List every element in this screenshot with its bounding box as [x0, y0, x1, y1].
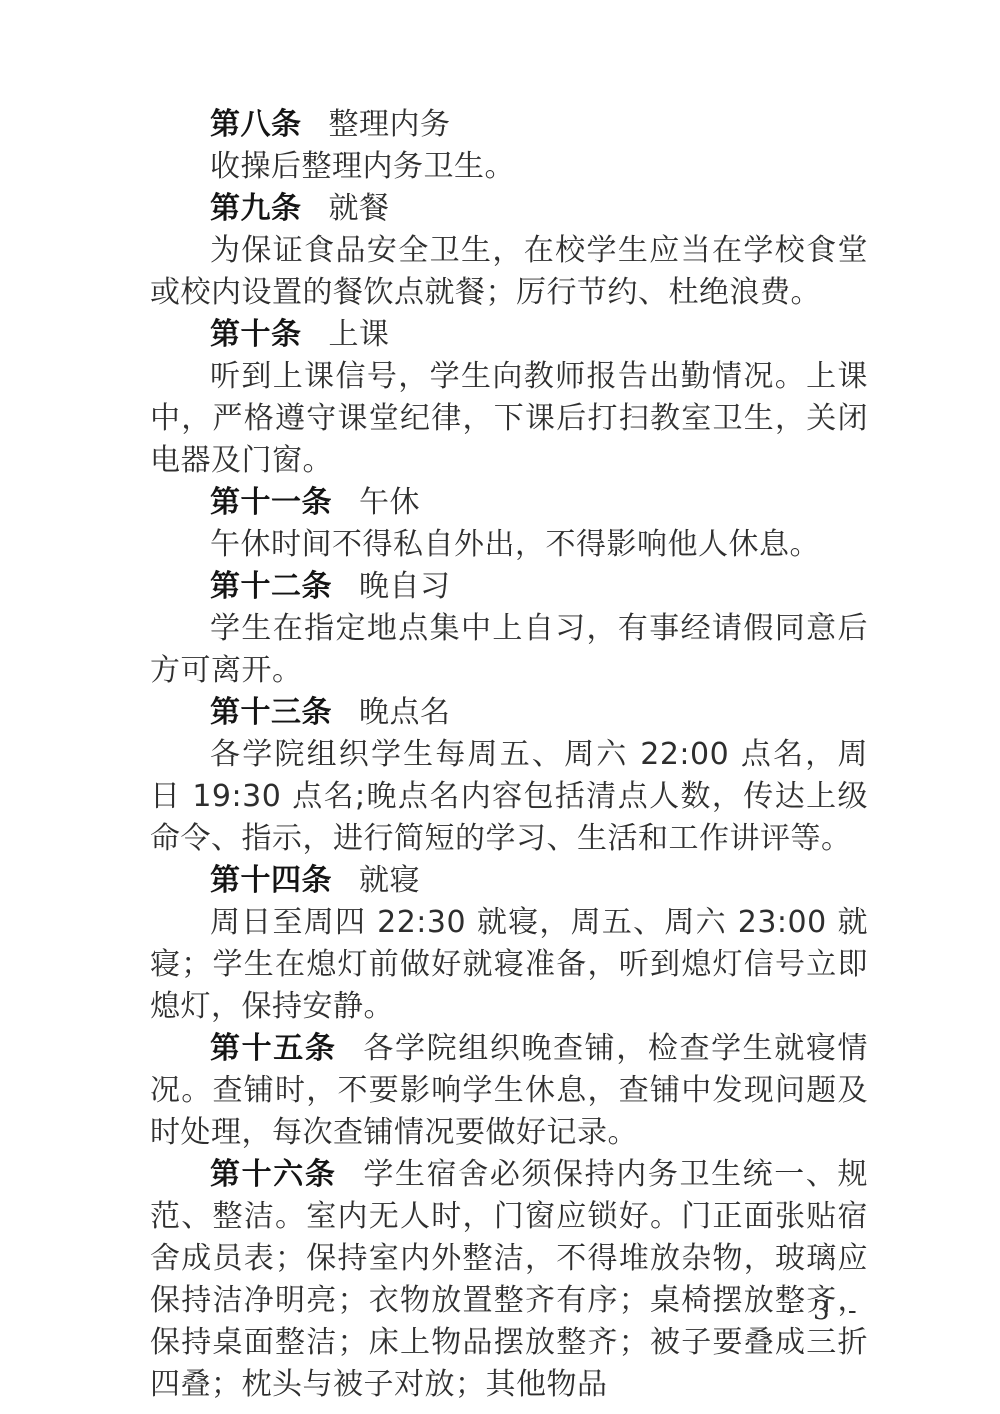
article-title: 午休: [359, 485, 420, 520]
article-number: 第十四条: [210, 863, 332, 898]
article-number: 第十条: [210, 317, 302, 352]
article-text: 学生宿舍必须保持内务卫生统一、规范、整洁。室内无人时，门窗应锁好。门正面张贴宿舍…: [150, 1157, 868, 1402]
article-text: 午休时间不得私自外出，不得影响他人休息。: [210, 527, 820, 562]
article-number: 第十五条: [210, 1031, 336, 1066]
article-text: 周日至周四 22:30 就寝，周五、周六 23:00 就寝；学生在熄灯前做好就寝…: [150, 905, 868, 1024]
article-text: 收操后整理内务卫生。: [210, 149, 515, 184]
article-title: 整理内务: [329, 107, 451, 142]
article-body-paragraph: 各学院组织学生每周五、周六 22:00 点名，周日 19:30 点名;晚点名内容…: [150, 734, 868, 860]
article-heading-paragraph: 第九条就餐: [150, 188, 868, 230]
article-title: 就寝: [359, 863, 420, 898]
article-number: 第十六条: [210, 1157, 336, 1192]
article-number: 第十三条: [210, 695, 332, 730]
article-heading-paragraph: 第十一条午休: [150, 482, 868, 524]
article-number: 第十一条: [210, 485, 332, 520]
article-title: 晚自习: [359, 569, 451, 604]
article-title: 就餐: [329, 191, 390, 226]
article-heading-paragraph: 第八条整理内务: [150, 104, 868, 146]
article-number: 第九条: [210, 191, 302, 226]
article-heading-paragraph: 第十四条就寝: [150, 860, 868, 902]
article-title: 晚点名: [359, 695, 451, 730]
article-runin-paragraph: 第十六条学生宿舍必须保持内务卫生统一、规范、整洁。室内无人时，门窗应锁好。门正面…: [150, 1154, 868, 1406]
article-text: 听到上课信号，学生向教师报告出勤情况。上课中，严格遵守课堂纪律，下课后打扫教室卫…: [150, 359, 868, 478]
article-body-paragraph: 听到上课信号，学生向教师报告出勤情况。上课中，严格遵守课堂纪律，下课后打扫教室卫…: [150, 356, 868, 482]
document-body: 第八条整理内务收操后整理内务卫生。第九条就餐为保证食品安全卫生，在校学生应当在学…: [150, 104, 868, 1406]
article-number: 第十二条: [210, 569, 332, 604]
article-heading-paragraph: 第十条上课: [150, 314, 868, 356]
page-number: - 3 -: [786, 1296, 856, 1326]
article-text: 学生在指定地点集中上自习，有事经请假同意后方可离开。: [150, 611, 868, 688]
document-page: 第八条整理内务收操后整理内务卫生。第九条就餐为保证食品安全卫生，在校学生应当在学…: [0, 0, 1000, 1414]
article-heading-paragraph: 第十二条晚自习: [150, 566, 868, 608]
article-runin-paragraph: 第十五条各学院组织晚查铺，检查学生就寝情况。查铺时，不要影响学生休息，查铺中发现…: [150, 1028, 868, 1154]
article-text: 各学院组织学生每周五、周六 22:00 点名，周日 19:30 点名;晚点名内容…: [150, 737, 868, 856]
article-title: 上课: [329, 317, 390, 352]
article-body-paragraph: 午休时间不得私自外出，不得影响他人休息。: [150, 524, 868, 566]
article-body-paragraph: 收操后整理内务卫生。: [150, 146, 868, 188]
article-body-paragraph: 学生在指定地点集中上自习，有事经请假同意后方可离开。: [150, 608, 868, 692]
article-text: 为保证食品安全卫生，在校学生应当在学校食堂或校内设置的餐饮点就餐；厉行节约、杜绝…: [150, 233, 868, 310]
article-body-paragraph: 周日至周四 22:30 就寝，周五、周六 23:00 就寝；学生在熄灯前做好就寝…: [150, 902, 868, 1028]
article-number: 第八条: [210, 107, 302, 142]
article-body-paragraph: 为保证食品安全卫生，在校学生应当在学校食堂或校内设置的餐饮点就餐；厉行节约、杜绝…: [150, 230, 868, 314]
article-heading-paragraph: 第十三条晚点名: [150, 692, 868, 734]
